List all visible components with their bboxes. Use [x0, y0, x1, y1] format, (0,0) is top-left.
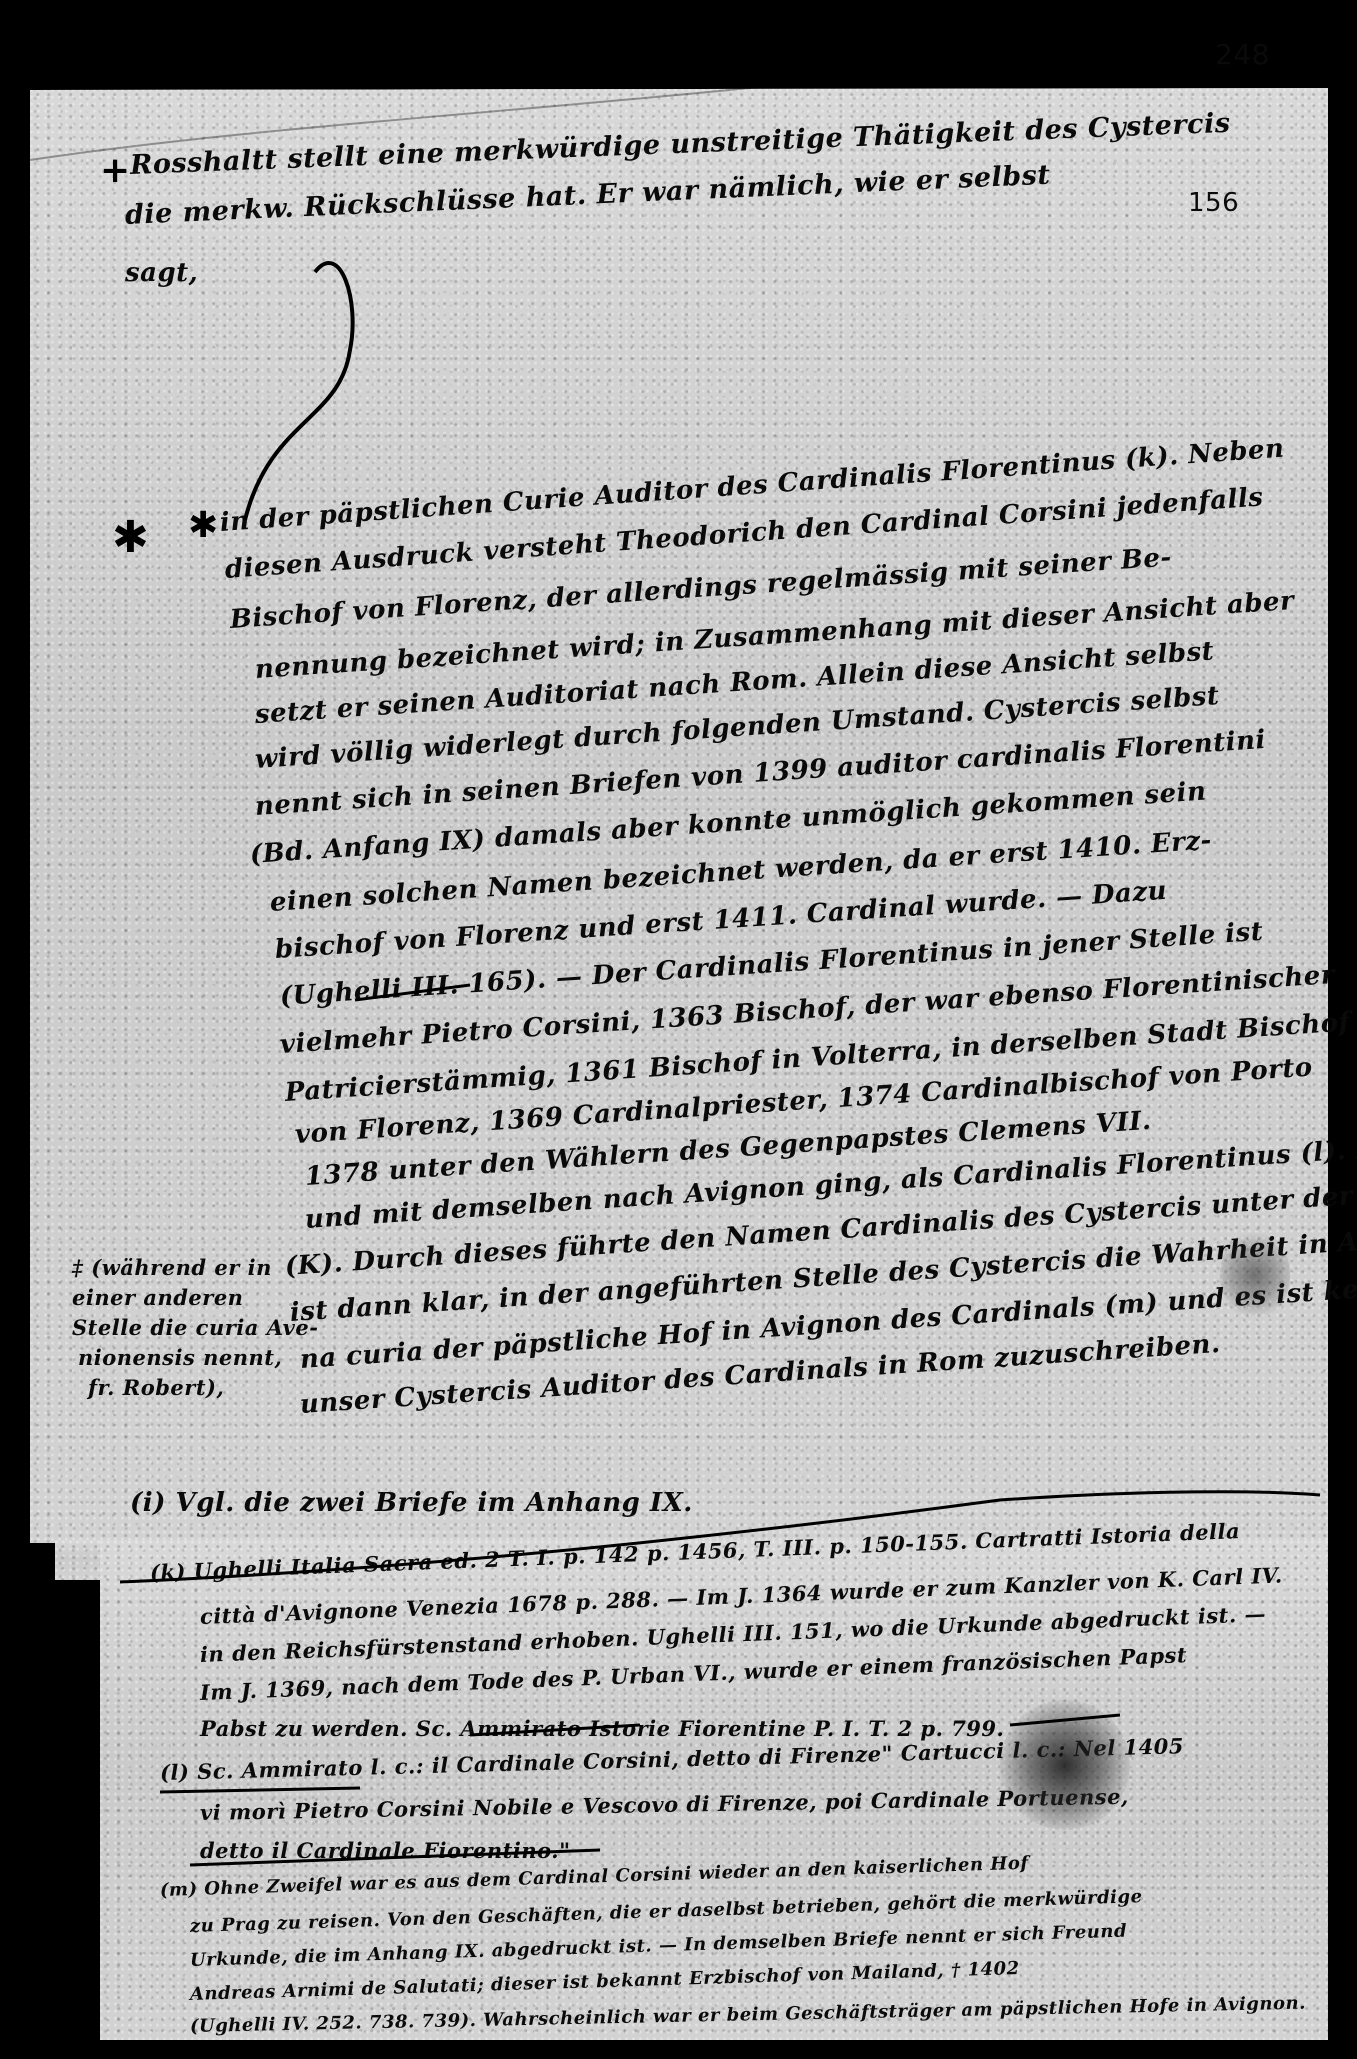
manuscript-page: 248 156 + Rosshaltt stellt eine merkwürd… [0, 0, 1357, 2059]
footnote-l-line: detto il Cardinale Fiorentino." [200, 1838, 571, 1863]
asterisk-marker-icon: ✱ [188, 505, 218, 546]
margin-note-line: Stelle die curia Ave- [72, 1315, 318, 1340]
folio-number-secondary: 156 [1188, 188, 1239, 218]
ink-smudge [1220, 1230, 1290, 1320]
footnote-k-line: Pabst zu werden. Sc. Ammirato Istorie Fi… [200, 1716, 1004, 1741]
ink-blot [1000, 1700, 1130, 1830]
margin-note-line: fr. Robert), [88, 1375, 224, 1400]
plus-marker-icon: + [100, 150, 130, 191]
margin-note-line: nionensis nennt, [78, 1345, 282, 1370]
asterisk-marker-icon: ✱ [112, 512, 149, 563]
margin-note-line: ‡ (während er in [72, 1255, 272, 1280]
folio-number-top: 248 [1215, 38, 1270, 71]
header-note-line-3: sagt, [125, 258, 198, 288]
scan-border-right [1328, 88, 1357, 2040]
margin-note-line: einer anderen [72, 1285, 243, 1310]
footnote-i: (i) Vgl. die zwei Briefe im Anhang IX. [130, 1488, 693, 1518]
